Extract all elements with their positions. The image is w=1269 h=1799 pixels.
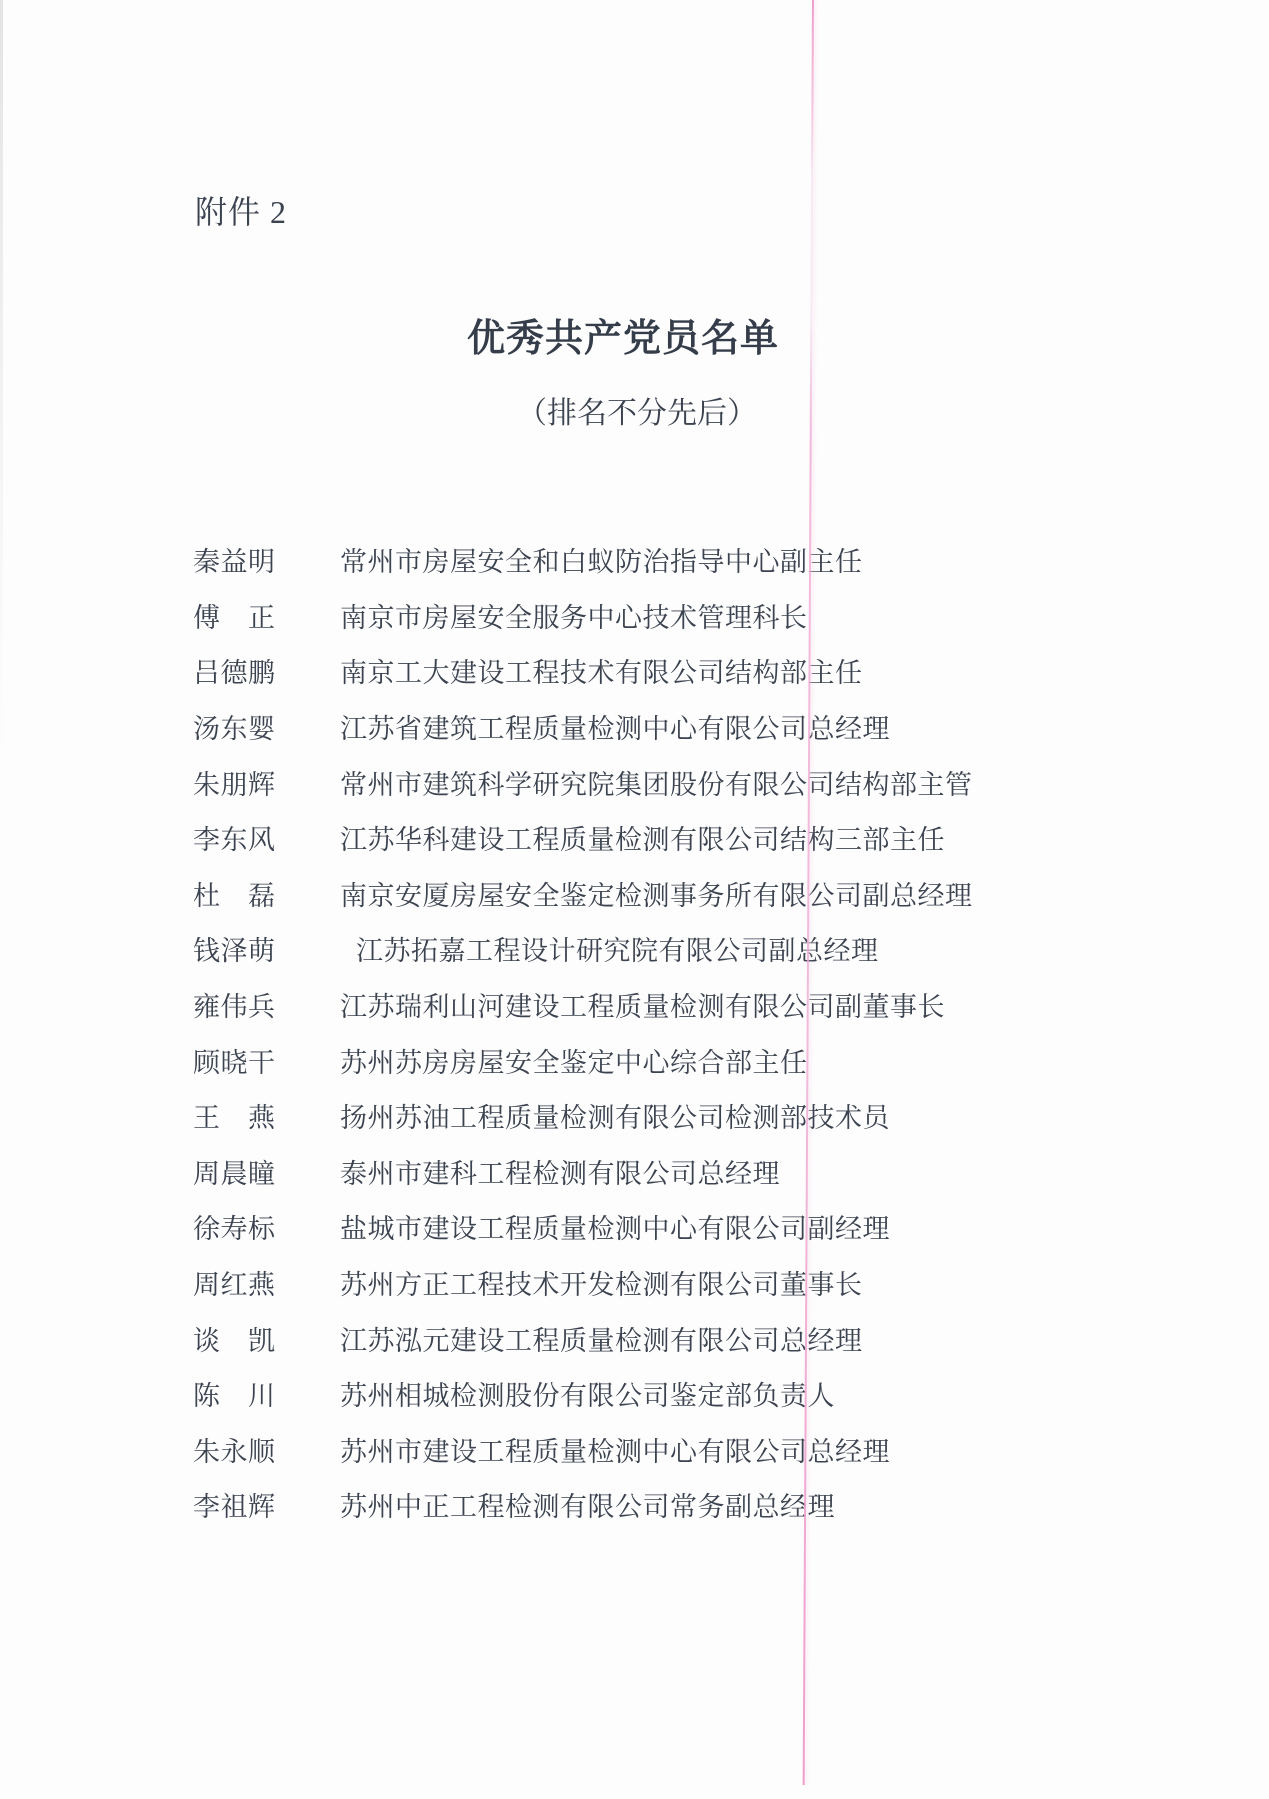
member-row: 谈 凯 江苏泓元建设工程质量检测有限公司总经理 xyxy=(193,1310,1193,1366)
member-row: 李祖辉 苏州中正工程检测有限公司常务副总经理 xyxy=(193,1477,1193,1533)
page-subtitle: （排名不分先后） xyxy=(0,392,1269,436)
member-name: 朱朋辉 xyxy=(193,763,277,802)
member-name: 杜 磊 xyxy=(193,874,277,913)
member-position: 常州市建筑科学研究院集团股份有限公司结构部主管 xyxy=(340,763,973,802)
member-row: 陈 川 苏州相城检测股份有限公司鉴定部负责人 xyxy=(193,1366,1193,1422)
attachment-label: 附件 2 xyxy=(195,192,287,232)
member-name: 钱泽萌 xyxy=(193,929,277,968)
member-row: 顾晓干 苏州苏房房屋安全鉴定中心综合部主任 xyxy=(193,1032,1193,1088)
member-position: 江苏华科建设工程质量检测有限公司结构三部主任 xyxy=(340,818,945,857)
member-name: 周晨瞳 xyxy=(193,1152,277,1191)
member-name: 朱永顺 xyxy=(193,1430,277,1469)
member-row: 徐寿标 盐城市建设工程质量检测中心有限公司副经理 xyxy=(193,1199,1193,1255)
member-position: 泰州市建科工程检测有限公司总经理 xyxy=(340,1152,780,1191)
member-name: 秦益明 xyxy=(193,540,277,579)
member-position: 江苏泓元建设工程质量检测有限公司总经理 xyxy=(340,1319,863,1358)
member-row: 秦益明 常州市房屋安全和白蚁防治指导中心副主任 xyxy=(193,532,1193,588)
member-row: 朱朋辉 常州市建筑科学研究院集团股份有限公司结构部主管 xyxy=(193,754,1193,810)
member-row: 周红燕 苏州方正工程技术开发检测有限公司董事长 xyxy=(193,1255,1193,1311)
member-name: 李东风 xyxy=(193,818,277,857)
member-position: 江苏拓嘉工程设计研究院有限公司副总经理 xyxy=(356,929,879,968)
member-row: 钱泽萌 江苏拓嘉工程设计研究院有限公司副总经理 xyxy=(193,921,1193,977)
member-name: 王 燕 xyxy=(193,1096,277,1135)
member-row: 朱永顺 苏州市建设工程质量检测中心有限公司总经理 xyxy=(193,1422,1193,1478)
member-name: 徐寿标 xyxy=(193,1207,277,1246)
member-name: 顾晓干 xyxy=(193,1041,277,1080)
member-position: 苏州市建设工程质量检测中心有限公司总经理 xyxy=(340,1430,890,1469)
member-row: 杜 磊 南京安厦房屋安全鉴定检测事务所有限公司副总经理 xyxy=(193,866,1193,922)
member-position: 苏州苏房房屋安全鉴定中心综合部主任 xyxy=(340,1041,808,1080)
member-name: 汤东婴 xyxy=(193,707,277,746)
member-name: 吕德鹏 xyxy=(193,651,277,690)
member-name: 谈 凯 xyxy=(193,1319,277,1358)
member-name: 雍伟兵 xyxy=(193,985,277,1024)
member-list: 秦益明 常州市房屋安全和白蚁防治指导中心副主任 傅 正 南京市房屋安全服务中心技… xyxy=(193,532,1193,1533)
member-position: 江苏瑞利山河建设工程质量检测有限公司副董事长 xyxy=(340,985,945,1024)
page-title: 优秀共产党员名单 xyxy=(0,314,1246,364)
member-row: 傅 正 南京市房屋安全服务中心技术管理科长 xyxy=(193,588,1193,644)
member-position: 南京安厦房屋安全鉴定检测事务所有限公司副总经理 xyxy=(340,874,973,913)
member-row: 雍伟兵 江苏瑞利山河建设工程质量检测有限公司副董事长 xyxy=(193,977,1193,1033)
member-name: 李祖辉 xyxy=(193,1485,277,1524)
member-position: 苏州方正工程技术开发检测有限公司董事长 xyxy=(340,1263,863,1302)
member-row: 李东风 江苏华科建设工程质量检测有限公司结构三部主任 xyxy=(193,810,1193,866)
member-position: 苏州中正工程检测有限公司常务副总经理 xyxy=(340,1485,835,1524)
member-row: 吕德鹏 南京工大建设工程技术有限公司结构部主任 xyxy=(193,643,1193,699)
document-page: 附件 2 优秀共产党员名单 （排名不分先后） 秦益明 常州市房屋安全和白蚁防治指… xyxy=(0,0,1269,1799)
member-position: 南京市房屋安全服务中心技术管理科长 xyxy=(340,596,808,635)
member-position: 常州市房屋安全和白蚁防治指导中心副主任 xyxy=(340,540,863,579)
member-position: 南京工大建设工程技术有限公司结构部主任 xyxy=(340,651,863,690)
member-name: 陈 川 xyxy=(193,1374,277,1413)
member-row: 汤东婴 江苏省建筑工程质量检测中心有限公司总经理 xyxy=(193,699,1193,755)
member-name: 傅 正 xyxy=(193,596,277,635)
member-position: 苏州相城检测股份有限公司鉴定部负责人 xyxy=(340,1374,835,1413)
member-row: 周晨瞳 泰州市建科工程检测有限公司总经理 xyxy=(193,1144,1193,1200)
member-row: 王 燕 扬州苏油工程质量检测有限公司检测部技术员 xyxy=(193,1088,1193,1144)
member-name: 周红燕 xyxy=(193,1263,277,1302)
